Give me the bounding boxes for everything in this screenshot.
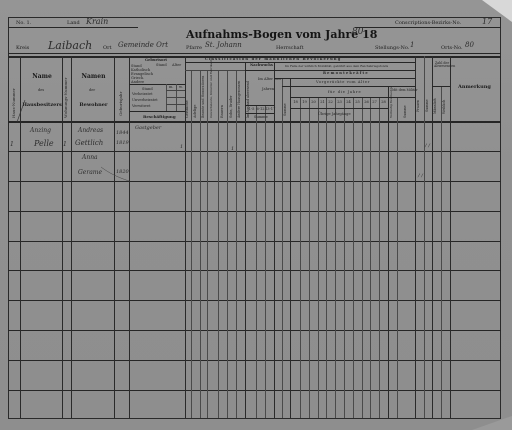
header-rule [8, 27, 138, 28]
conscription-value: 17 [482, 18, 492, 26]
col-birth-year: Geburtsjahr [119, 86, 123, 116]
header-inner-rule [166, 97, 185, 98]
col-party-no: Wohnungs-Nummer [64, 86, 68, 118]
col-rule [282, 78, 283, 418]
year-col-label: 18 [291, 101, 300, 105]
col-nachwuchs-total: Summe [254, 116, 268, 120]
header-inner-rule [290, 108, 388, 109]
orts-label: Orts-No. [441, 46, 463, 51]
pfarre-value: St. Johann [205, 42, 242, 49]
age-col-label: 13-17 [265, 108, 274, 112]
col-owner-name-l1: Name [22, 74, 62, 80]
age-col-label: 1-5 [247, 108, 256, 112]
col-rule [236, 70, 237, 418]
col-militaer: Mit dem Militär [392, 89, 418, 92]
tally-mark: / / [425, 144, 430, 149]
col-rule [218, 70, 219, 418]
herrschaft-label: Herrschaft [276, 46, 304, 51]
col-owner-name-l3: Hausbesitzers [22, 103, 62, 108]
col-rule [300, 97, 301, 418]
header-inner-rule [290, 97, 415, 98]
table-header-rule [8, 121, 501, 123]
col-rule [71, 56, 72, 418]
land-label: Land [67, 21, 80, 26]
col-rule [290, 78, 291, 418]
year-col-label: 19 [300, 101, 309, 105]
land-value: Krain [86, 18, 108, 26]
header-inner-rule [432, 86, 450, 87]
religion-head: Stand [156, 64, 167, 68]
row-rule [8, 300, 501, 301]
tally-mark: / / [418, 174, 423, 179]
col-rule [200, 70, 201, 418]
header-inner-rule [185, 62, 415, 63]
year-col-label: 25 [353, 101, 362, 105]
row-rule [8, 390, 501, 391]
year-col-label: 24 [344, 101, 353, 105]
house-no-cell: 1 [10, 142, 14, 148]
status-row-label: Verheiratet [132, 93, 153, 97]
kreis-label: Kreis [16, 46, 29, 51]
col-uebrige: Übrige Jahrgänge [318, 113, 351, 117]
header-inner-rule [185, 70, 245, 71]
number-label: No. 1. [16, 21, 31, 26]
col-rule [256, 105, 257, 418]
class-col-label: Beamte und Honoratioren [202, 74, 205, 118]
col-rule [335, 97, 336, 418]
pfarre-label: Pfarre [186, 46, 202, 51]
class-col-label: Im Ausland abwesend [247, 82, 250, 118]
col-rule [397, 97, 398, 418]
class-col-label: Adelige [194, 92, 198, 118]
year-col-label: 28 [379, 101, 388, 105]
col-age-group: Vorgerückte vom Alter [316, 81, 370, 85]
auswaerts-col-label: Weiblich [443, 98, 446, 114]
col-nachwuchs-sub: Im Alter von [258, 78, 281, 82]
header-inner-rule [166, 90, 185, 91]
col-rule [450, 56, 451, 418]
class-col-label: Bauern [221, 100, 225, 118]
resident-last-cell: Gettlich [75, 140, 103, 147]
rest-col-label: Summe [404, 104, 407, 118]
occupation-mark: 1 [180, 145, 183, 150]
birth-note-cell: 1819 [116, 141, 129, 146]
class-col-label: Gewerbsleute, Künstler und Fabrikanten [210, 72, 213, 118]
class-col-label: Andere Hausgenossen [238, 84, 241, 118]
col-owner-name-l2: des [38, 89, 44, 93]
rest-col-label: Summe [426, 78, 429, 112]
col-rule [370, 97, 371, 418]
col-reserve-title: Im Falle der wirklich Mobilität, gebührt… [285, 65, 388, 68]
col-rule [191, 70, 192, 418]
religion-head: Alter [172, 64, 181, 68]
status-head: m. [169, 86, 174, 90]
col-rule [379, 97, 380, 418]
col-rule [362, 97, 363, 418]
col-classification-title: Classification der männlichen Bevölkerun… [205, 58, 341, 62]
col-occupation: Beschäftigung [143, 115, 176, 119]
resident-first-cell: Andreas [78, 128, 103, 134]
col-rule [265, 105, 266, 418]
row-rule [8, 211, 501, 212]
col-summary: Summe [284, 98, 287, 116]
conscription-label: Conscriptions-Bezirks-No. [395, 21, 461, 26]
birth-cell: 1844 [116, 131, 129, 136]
party-no-cell: 1 [63, 142, 67, 148]
col-rule [309, 97, 310, 418]
col-auswaerts-title: Zahl der Abwesenden [434, 62, 450, 69]
owner-first-cell: Anzing [30, 128, 51, 134]
col-rule [344, 97, 345, 418]
header-inner-rule [129, 111, 185, 112]
col-fuer-die-jahre: für die Jahre [328, 91, 361, 95]
year-col-label: 20 [309, 101, 318, 105]
class-col-label: Sohn, Bruder [230, 86, 233, 118]
pen-stroke-icon [12, 100, 26, 124]
orts-value: 80 [465, 42, 474, 49]
col-rule [207, 70, 208, 418]
year-col-label: 22 [326, 101, 335, 105]
status-row-label: Unverheiratet [132, 99, 158, 103]
rest-col-label: Frauen [417, 62, 420, 112]
kreis-value: Laibach [48, 40, 92, 51]
col-rule [353, 97, 354, 418]
header-rule [8, 53, 501, 54]
col-resident-name-l1: Namen [73, 74, 114, 80]
ort-label: Ort [103, 46, 112, 51]
stellung-value: 1 [410, 42, 414, 49]
pen-stroke-icon [101, 165, 131, 185]
col-rule [388, 86, 389, 418]
census-sheet: No. 1. Land Krain Aufnahms-Bogen vom Jah… [0, 0, 512, 430]
religion-row-label: Andere [131, 81, 144, 85]
resident-last-cell: Gerame [78, 170, 102, 176]
age-col-label: 6-12 [256, 108, 265, 112]
status-head: w. [179, 86, 183, 90]
col-nachwuchs: Nachwuchs [250, 64, 273, 68]
col-remarks: Anmerkung [458, 85, 491, 90]
auswaerts-col-label: Männlich [434, 98, 437, 114]
col-rule [227, 70, 228, 418]
row-rule [8, 241, 501, 242]
status-row-label: Verwitwet [132, 105, 150, 109]
class-col-label: Geistliche [186, 90, 190, 118]
ort-value: Gemeinde Ort [118, 42, 168, 49]
page-title: Aufnahms-Bogen vom Jahre 18 [186, 29, 377, 40]
col-remount: Remontekräfte [323, 72, 369, 76]
year-col-label: 23 [335, 101, 344, 105]
row-rule [8, 270, 501, 271]
owner-last-cell: Pelle [34, 140, 54, 148]
header-inner-rule [166, 104, 185, 105]
row-rule [8, 330, 501, 331]
stellung-label: Stellungs-No. [375, 46, 409, 51]
header-inner-rule [274, 78, 415, 79]
rest-col-label: Vorläufig Beurlaubte [390, 98, 393, 118]
col-rule [326, 97, 327, 418]
row-rule [8, 360, 501, 361]
header-inner-rule [282, 86, 415, 87]
resident-first-cell: Anna [82, 155, 98, 161]
year-suffix: 80 [352, 28, 363, 37]
row-rule [8, 151, 501, 152]
occupation-cell: Gastgeber [135, 126, 161, 131]
class-mark: 1 [231, 147, 234, 152]
col-resident-name-l3: Bewohner [73, 103, 114, 108]
col-rule [318, 97, 319, 418]
col-rule [441, 86, 442, 418]
col-rule [274, 62, 275, 418]
row-rule [8, 181, 501, 182]
year-col-label: 27 [370, 101, 379, 105]
col-rule [114, 56, 115, 418]
col-nachwuchs-sub2: Jahren [262, 88, 274, 92]
col-resident-name-l2: der [89, 89, 95, 93]
